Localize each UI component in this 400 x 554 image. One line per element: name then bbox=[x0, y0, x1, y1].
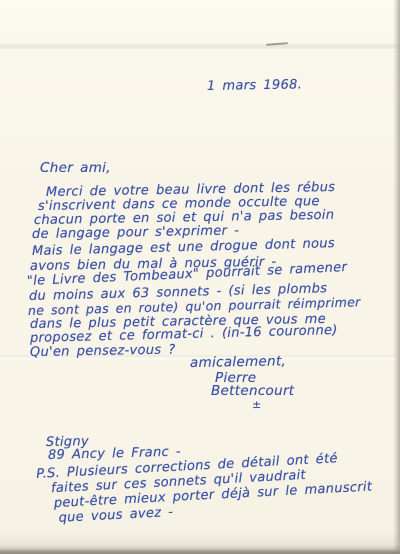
signature-flourish: ± bbox=[252, 398, 262, 411]
postscript-block: P.S. Plusieurs corrections de détail ont… bbox=[36, 449, 400, 548]
paper-bottom-edge bbox=[0, 545, 400, 554]
letter-scan: 1 mars 1968. Cher ami, Merci de votre be… bbox=[0, 0, 400, 554]
crease-mark bbox=[266, 42, 288, 46]
body-line: Qu'en pensez-vous ? bbox=[30, 343, 176, 359]
salutation-line: Cher ami, bbox=[40, 162, 111, 175]
scanner-edge-right bbox=[393, 0, 400, 554]
date-line: 1 mars 1968. bbox=[207, 78, 302, 93]
fold-crease-top bbox=[0, 42, 400, 50]
closing-line: amicalement, bbox=[190, 355, 286, 370]
signature-last-name: Bettencourt bbox=[211, 385, 294, 398]
